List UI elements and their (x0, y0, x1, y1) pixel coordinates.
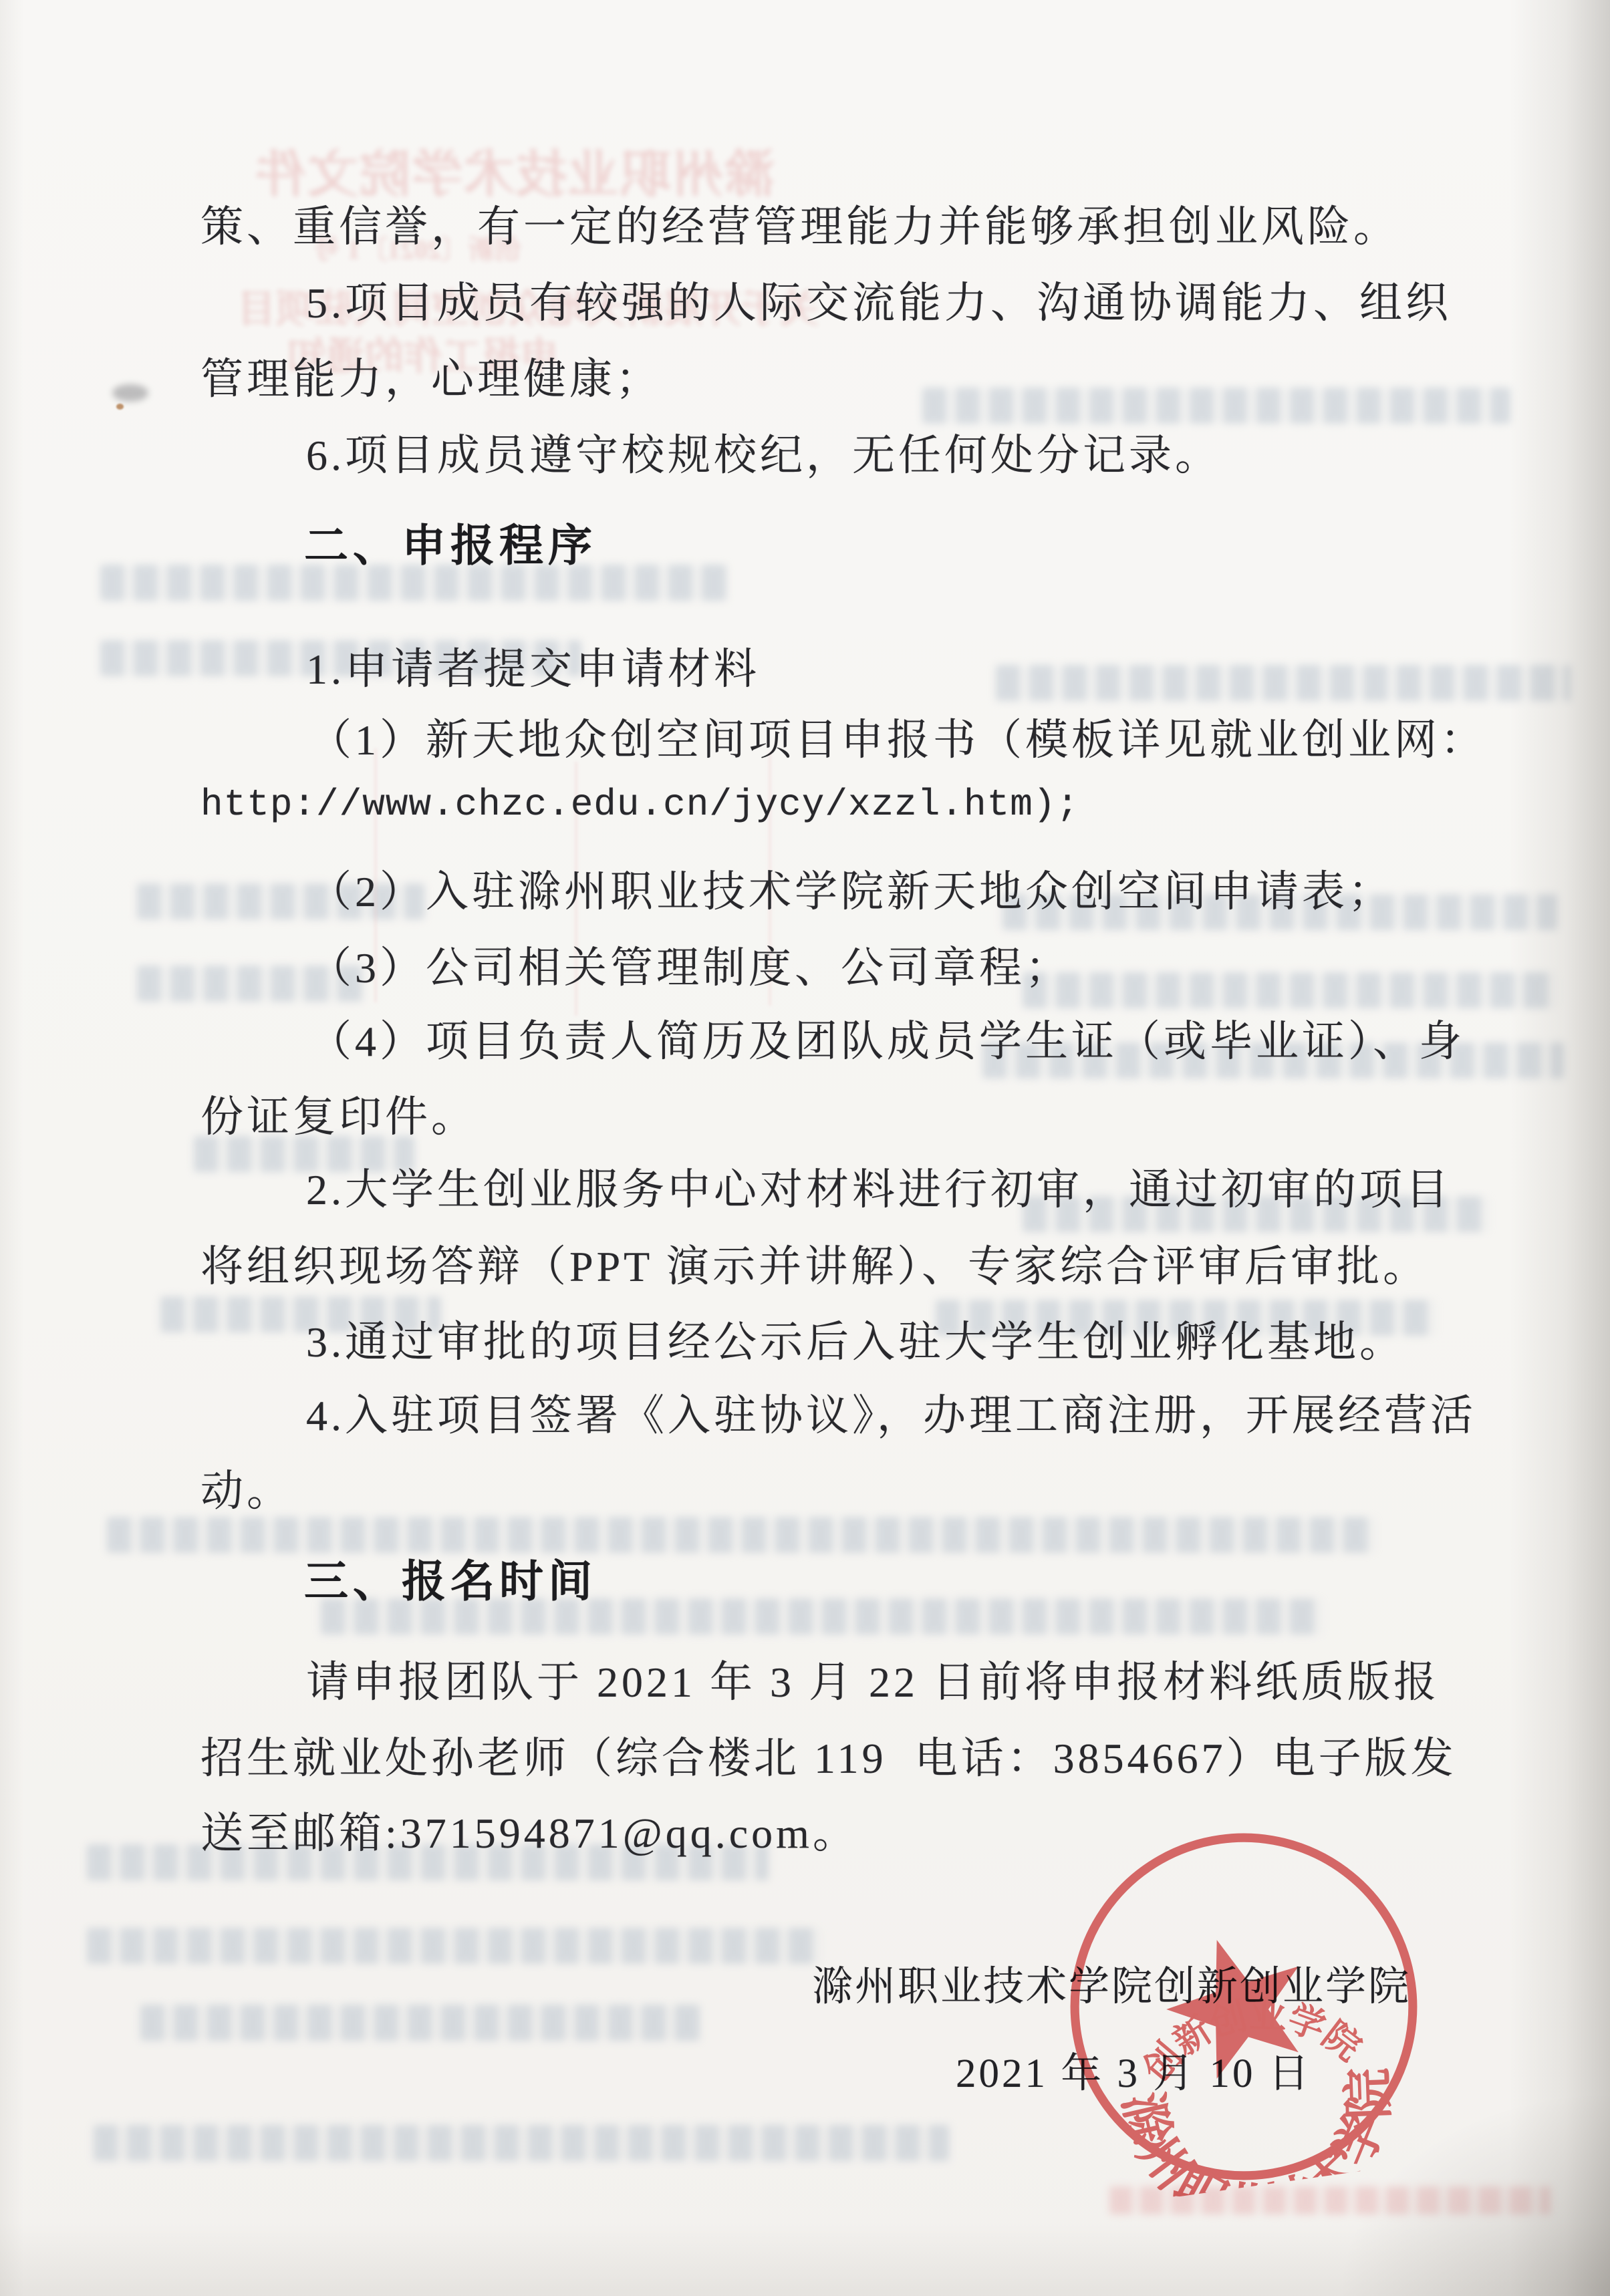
doc-line-7: （1）新天地众创空间项目申报书（模板详见就业创业网： (309, 706, 1486, 767)
scanned-document-page: 滁州职业技术学院文件 创新〔2021〕1 号 关于开展新天地众创空间入驻项目 申… (0, 0, 1610, 2296)
doc-line-12: 份证复印件。 (200, 1083, 477, 1144)
doc-line-21: 送至邮箱:371594871@qq.com。 (200, 1799, 859, 1860)
doc-line-2: 5.项目成员有较强的人际交流能力、沟通协调能力、组织 (306, 269, 1452, 330)
svg-text:创新创业学院: 创新创业学院 (1128, 1979, 1373, 2098)
doc-line-4: 6.项目成员遵守校规校纪，无任何处分记录。 (306, 421, 1221, 482)
doc-line-6: 1.申请者提交申请材料 (306, 635, 760, 696)
doc-line-5: 二、申报程序 (304, 510, 597, 573)
stamp-bottom-text: 创新创业学院 (1128, 1979, 1373, 2098)
doc-line-14: 将组织现场答辩（PPT 演示并讲解）、专家综合评审后审批。 (200, 1232, 1429, 1294)
doc-line-18: 三、报名时间 (304, 1546, 597, 1609)
doc-line-16: 4.入驻项目签署《入驻协议》，办理工商注册，开展经营活 (306, 1381, 1476, 1443)
doc-line-13: 2.大学生创业服务中心对材料进行初审，通过初审的项目 (306, 1155, 1452, 1217)
doc-line-9: （2）入驻滁州职业技术学院新天地众创空间申请表； (309, 857, 1394, 919)
doc-line-15: 3.通过审批的项目经公示后入驻大学生创业孵化基地。 (306, 1308, 1405, 1369)
doc-line-17: 动。 (200, 1457, 293, 1518)
doc-line-8: http://www.chzc.edu.cn/jycy/xzzl.htm); (200, 783, 1079, 826)
official-stamp: 滁州职业技术学院 创新创业学院 (1041, 1804, 1446, 2208)
doc-line-3: 管理能力，心理健康； (200, 345, 662, 406)
stamp-svg: 滁州职业技术学院 创新创业学院 (1041, 1804, 1446, 2208)
doc-line-19: 请申报团队于 2021 年 3 月 22 日前将申报材料纸质版报 (306, 1648, 1440, 1709)
doc-line-11: （4）项目负责人简历及团队成员学生证（或毕业证）、身 (309, 1007, 1465, 1068)
doc-line-10: （3）公司相关管理制度、公司章程； (309, 934, 1071, 995)
doc-line-1: 策、重信誉，有一定的经营管理能力并能够承担创业风险。 (200, 192, 1399, 254)
doc-line-20: 招生就业处孙老师（综合楼北 119 电话：3854667）电子版发 (200, 1724, 1457, 1785)
